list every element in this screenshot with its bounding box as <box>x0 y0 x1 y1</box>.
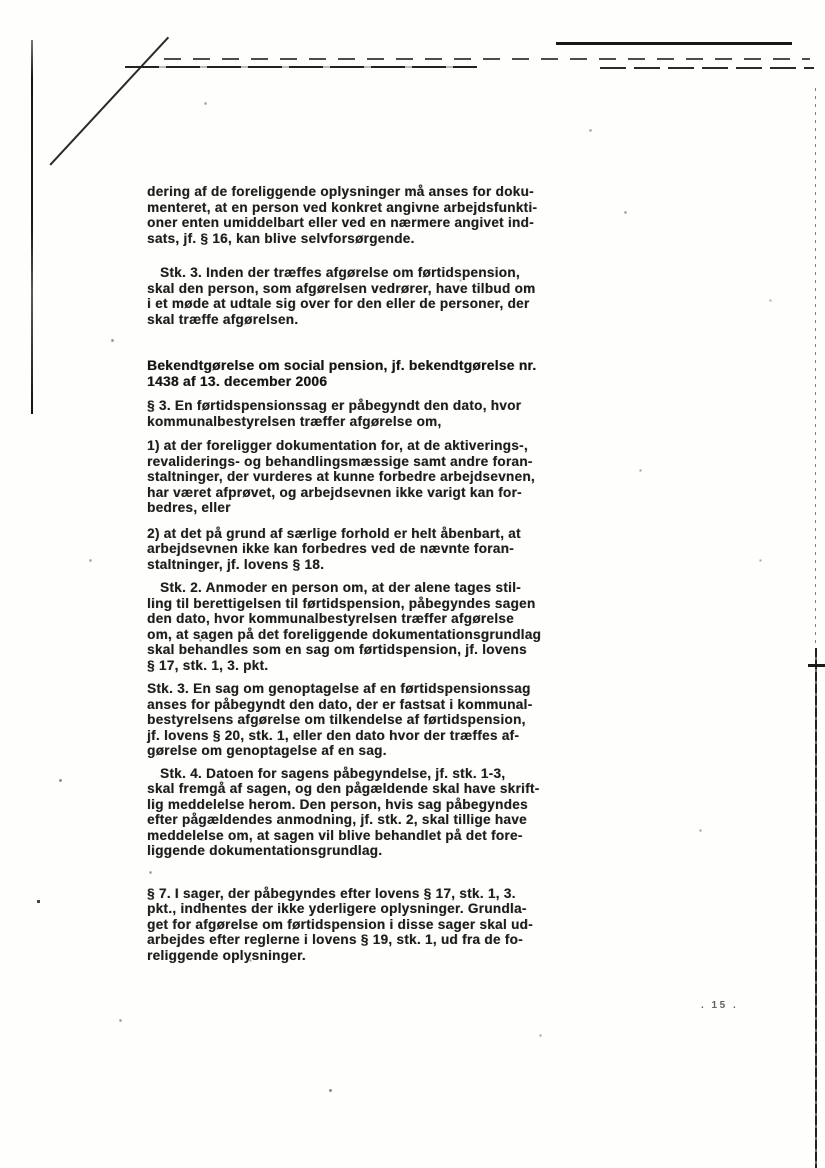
document-text: dering af de foreliggende oplysninger må… <box>147 184 599 963</box>
paragraph-stk4-dato: Stk. 4. Datoen for sagens påbegyndelse, … <box>147 766 599 859</box>
paragraph-item-2: 2) at det på grund af særlige forhold er… <box>147 526 599 573</box>
scan-diagonal-line <box>49 37 168 166</box>
scan-left-vertical-line <box>31 40 33 414</box>
scan-dashed-line-lower-right <box>600 67 814 69</box>
scan-noise-specks <box>0 0 1 1</box>
scanned-document-page: dering af de foreliggende oplysninger må… <box>0 0 825 1168</box>
scan-dashed-line-lower-left <box>125 66 477 68</box>
scan-top-right-bar <box>556 42 792 45</box>
scan-dashed-line-upper <box>164 58 810 60</box>
page-number-marker: . 15 . <box>701 1000 738 1011</box>
paragraph-item-1: 1) at der foreligger dokumentation for, … <box>147 438 599 516</box>
scan-right-edge-tick <box>808 664 825 667</box>
scan-right-vertical-line-upper <box>815 88 816 648</box>
paragraph-stk2-anmoder: Stk. 2. Anmoder en person om, at der ale… <box>147 580 599 673</box>
scan-right-vertical-line-lower <box>815 648 817 1168</box>
paragraph-stk3-moede: Stk. 3. Inden der træffes afgørelse om f… <box>147 265 599 327</box>
paragraph-par7: § 7. I sager, der påbegyndes efter loven… <box>147 886 599 964</box>
paragraph-stk3-genoptagelse: Stk. 3. En sag om genoptagelse af en før… <box>147 681 599 759</box>
paragraph-vurdering-continuation: dering af de foreliggende oplysninger må… <box>147 184 599 246</box>
section-heading-bekendtgoerelse: Bekendtgørelse om social pension, jf. be… <box>147 358 599 389</box>
paragraph-par3-intro: § 3. En førtidspensionssag er påbegyndt … <box>147 398 599 429</box>
